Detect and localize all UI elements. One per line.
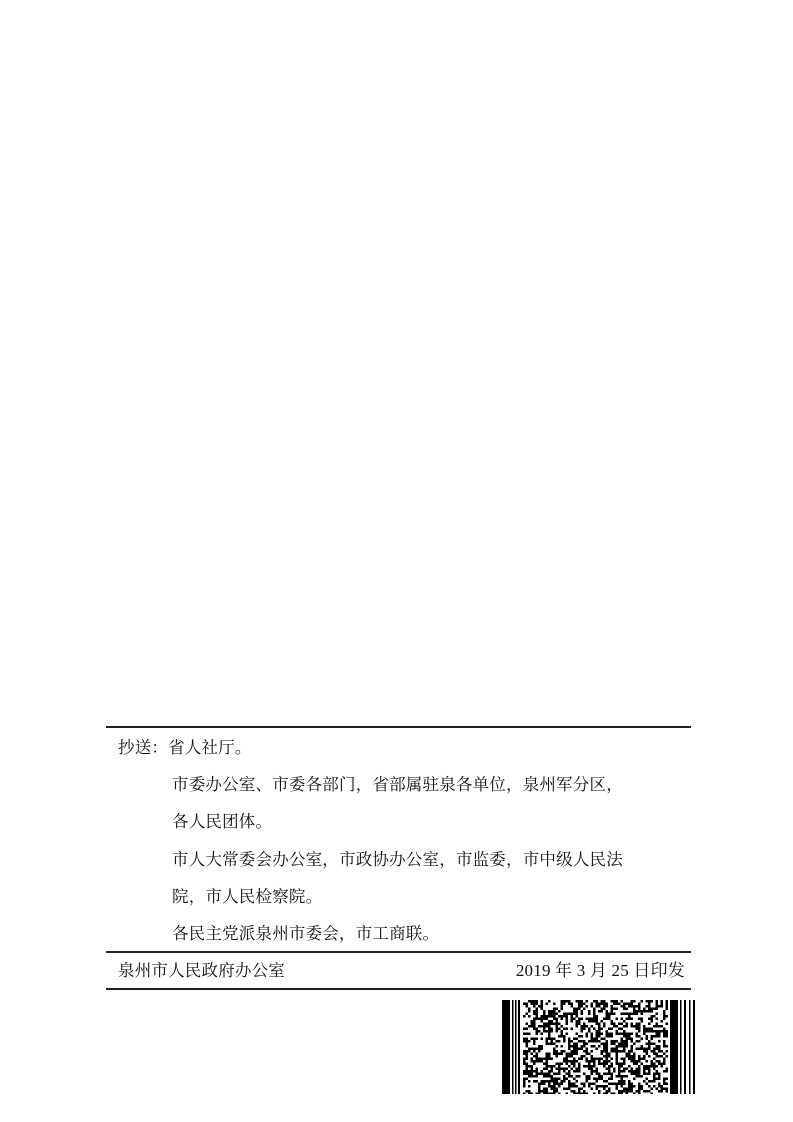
cc-label: 抄送： <box>118 738 168 757</box>
cc-line-0: 抄送：省人社厅。 <box>118 738 252 758</box>
cc-line-1: 市委办公室、市委各部门，省部属驻泉各单位，泉州军分区， <box>172 775 623 795</box>
issue-date: 2019 年 3 月 25 日印发 <box>516 961 685 981</box>
top-rule <box>106 726 691 728</box>
barcode-icon <box>502 1000 695 1094</box>
cc-line-3: 市人大常委会办公室，市政协办公室，市监委，市中级人民法 <box>172 850 623 870</box>
cc-first: 省人社厅。 <box>168 738 252 757</box>
cc-line-5: 各民主党派泉州市委会，市工商联。 <box>172 924 439 944</box>
middle-rule <box>106 951 691 953</box>
issuer: 泉州市人民政府办公室 <box>118 961 285 981</box>
bottom-rule <box>106 988 691 990</box>
cc-line-4: 院，市人民检察院。 <box>172 887 322 907</box>
cc-line-2: 各人民团体。 <box>172 812 272 832</box>
